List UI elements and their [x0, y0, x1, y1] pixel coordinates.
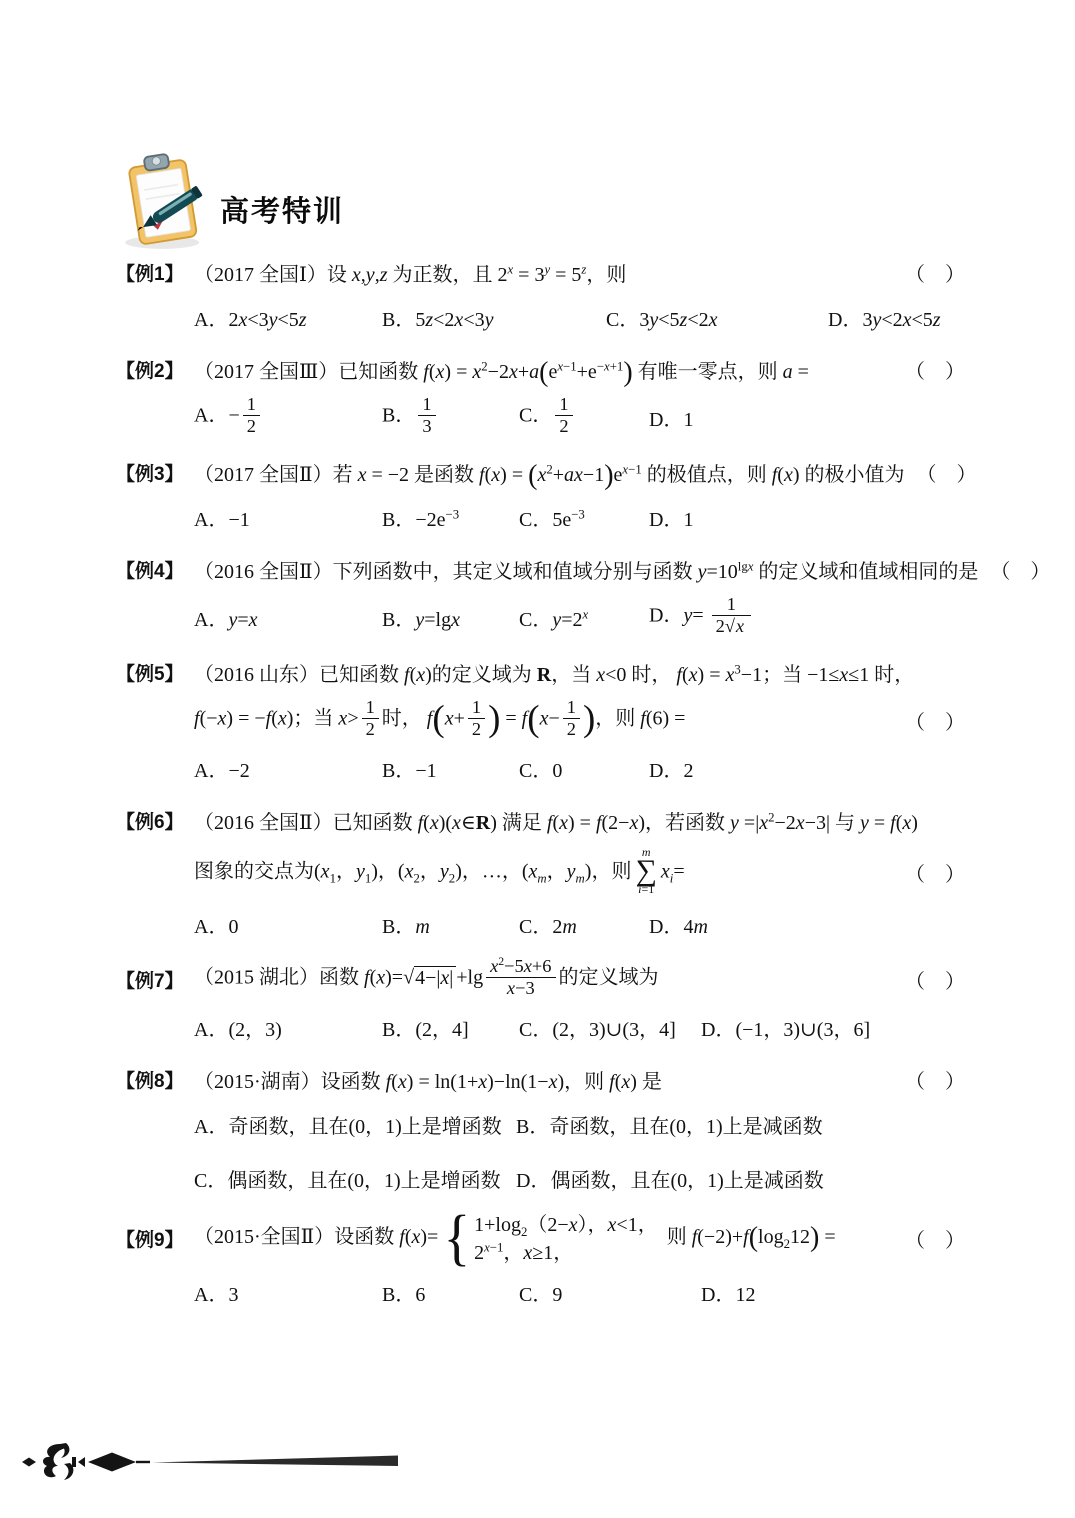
header: 高考特训: [116, 148, 344, 252]
problem-label: 【例4】: [116, 556, 194, 583]
option-a: A．−1: [194, 503, 382, 532]
options-row: A．y=x B．y=lgx C．y=2x D．y= 12√x: [194, 596, 965, 638]
option-d: D．4m: [649, 910, 708, 939]
option-c: C．(2，3)∪(3，4]: [519, 1013, 701, 1042]
problem-4: 【例4】 （2016 全国Ⅱ）下列函数中，其定义域和值域分别与函数 y=10lg…: [116, 551, 965, 638]
option-a: A．−12: [194, 396, 382, 438]
problem-1: 【例1】 （2017 全国Ⅰ）设 x,y,z 为正数，且 2x = 3y = 5…: [116, 254, 965, 335]
problem-label: 【例8】: [116, 1066, 194, 1093]
problem-label: 【例5】: [116, 659, 194, 686]
option-a: A．−2: [194, 754, 382, 783]
problem-stem: （2017 全国Ⅰ）设 x,y,z 为正数，且 2x = 3y = 5z，则: [194, 258, 626, 287]
option-b: B．−2e−3: [382, 503, 519, 532]
clipboard-pen-icon: [116, 148, 212, 252]
option-b: B．(2，4]: [382, 1013, 519, 1042]
answer-bracket: （ ）: [893, 1224, 965, 1253]
answer-bracket: （ ）: [893, 1065, 965, 1094]
answer-bracket: （ ）: [893, 355, 965, 384]
answer-bracket: （ ）: [893, 858, 965, 887]
problem-7: 【例7】 （2015 湖北）函数 f(x)=√4−|x|+lgx2−5x+6x−…: [116, 958, 965, 1045]
options-row: A．(2，3) B．(2，4] C．(2，3)∪(3，4] D．(−1，3)∪(…: [194, 1009, 965, 1045]
problem-label: 【例6】: [116, 807, 194, 834]
option-c: C．2m: [519, 910, 649, 939]
options-row: A．−1 B．−2e−3 C．5e−3 D．1: [194, 499, 965, 535]
problem-6: 【例6】 （2016 全国Ⅱ）已知函数 f(x)(x∈R) 满足 f(x) = …: [116, 803, 965, 943]
option-c: C．9: [519, 1278, 701, 1307]
option-a: A．y=x: [194, 603, 382, 632]
worksheet-page: 高考特训 【例1】 （2017 全国Ⅰ）设 x,y,z 为正数，且 2x = 3…: [0, 0, 1075, 1518]
problem-stem: （2016 山东）已知函数 f(x)的定义域为 R，当 x<0 时， f(x) …: [194, 658, 914, 687]
option-c: C．12: [519, 396, 649, 438]
problem-stem: （2016 全国Ⅱ）下列函数中，其定义域和值域分别与函数 y=10lgx 的定义…: [194, 555, 978, 584]
problem-stem-line2: 图象的交点为(x1，y1)，(x2，y2)，…，(xm，ym)，则m∑i=1xi…: [194, 848, 685, 898]
options-row: A．2x<3y<5z B．5z<2x<3y C．3y<5z<2x D．3y<2x…: [194, 299, 965, 335]
option-a: A．0: [194, 910, 382, 939]
option-b: B．13: [382, 396, 519, 438]
option-c: C．y=2x: [519, 603, 649, 632]
problem-3: 【例3】 （2017 全国Ⅱ）若 x = −2 是函数 f(x) = (x2+a…: [116, 454, 965, 535]
option-a: A．2x<3y<5z: [194, 303, 382, 332]
problem-stem: （2017 全国Ⅲ）已知函数 f(x) = x2−2x+a(ex−1+e−x+1…: [194, 355, 809, 384]
option-c: C．0: [519, 754, 649, 783]
options-row: A．0 B．m C．2m D．4m: [194, 906, 965, 942]
problem-label: 【例2】: [116, 356, 194, 383]
option-a: A．奇函数，且在(0，1)上是增函数: [194, 1110, 516, 1139]
option-b: B．5z<2x<3y: [382, 303, 606, 332]
problem-stem: （2015 湖北）函数 f(x)=√4−|x|+lgx2−5x+6x−3的定义域…: [194, 958, 659, 1000]
option-c: C．5e−3: [519, 503, 649, 532]
problem-label: 【例3】: [116, 459, 194, 486]
problem-8: 【例8】 （2015·湖南）设函数 f(x) = ln(1+x)−ln(1−x)…: [116, 1061, 965, 1196]
option-c: C．3y<5z<2x: [606, 303, 828, 332]
option-d: D．(−1，3)∪(3，6]: [701, 1013, 870, 1042]
problem-label: 【例9】: [116, 1225, 194, 1252]
answer-bracket: （ ）: [978, 555, 1050, 584]
option-a: A．(2，3): [194, 1013, 382, 1042]
answer-bracket: （ ）: [893, 706, 965, 735]
option-d: D．1: [649, 503, 693, 532]
problem-stem-line2: f(−x) = −f(x)；当 x>12时， f(x+12) = f(x−12)…: [194, 699, 685, 741]
problem-stem: （2015·全国Ⅱ）设函数 f(x)={1+log2（2−x），x<1，2x−1…: [194, 1212, 836, 1265]
problem-label: 【例7】: [116, 966, 194, 993]
option-d: D．y= 12√x: [649, 596, 754, 638]
option-d: D．3y<2x<5z: [828, 303, 941, 332]
option-b: B．−1: [382, 754, 519, 783]
answer-bracket: （ ）: [893, 965, 965, 994]
problem-stem: （2016 全国Ⅱ）已知函数 f(x)(x∈R) 满足 f(x) = f(2−x…: [194, 806, 918, 835]
problem-9: 【例9】 （2015·全国Ⅱ）设函数 f(x)={1+log2（2−x），x<1…: [116, 1212, 965, 1310]
option-d: D．偶函数，且在(0，1)上是减函数: [516, 1164, 824, 1193]
options-row: A．−2 B．−1 C．0 D．2: [194, 751, 965, 787]
option-a: A．3: [194, 1278, 382, 1307]
option-d: D．1: [649, 403, 693, 432]
option-c: C．偶函数，且在(0，1)上是增函数: [194, 1164, 516, 1193]
problem-2: 【例2】 （2017 全国Ⅲ）已知函数 f(x) = x2−2x+a(ex−1+…: [116, 351, 965, 438]
page-title: 高考特训: [220, 189, 344, 230]
problem-stem: （2015·湖南）设函数 f(x) = ln(1+x)−ln(1−x)，则 f(…: [194, 1065, 662, 1094]
options-row: A．3 B．6 C．9 D．12: [194, 1274, 965, 1310]
options-row: A．奇函数，且在(0，1)上是增函数 B．奇函数，且在(0，1)上是减函数: [194, 1106, 965, 1142]
answer-bracket: （ ）: [905, 458, 977, 487]
option-b: B．奇函数，且在(0，1)上是减函数: [516, 1110, 823, 1139]
problem-stem: （2017 全国Ⅱ）若 x = −2 是函数 f(x) = (x2+ax−1)e…: [194, 458, 905, 487]
answer-bracket: （ ）: [893, 258, 965, 287]
problem-label: 【例1】: [116, 259, 194, 286]
option-b: B．m: [382, 910, 519, 939]
option-d: D．12: [701, 1278, 755, 1307]
options-row: A．−12 B．13 C．12 D．1: [194, 396, 965, 438]
footer-ornament-icon: [20, 1440, 412, 1484]
problem-5: 【例5】 （2016 山东）已知函数 f(x)的定义域为 R，当 x<0 时， …: [116, 654, 965, 786]
options-row: C．偶函数，且在(0，1)上是增函数 D．偶函数，且在(0，1)上是减函数: [194, 1160, 965, 1196]
option-b: B．y=lgx: [382, 603, 519, 632]
problem-list: 【例1】 （2017 全国Ⅰ）设 x,y,z 为正数，且 2x = 3y = 5…: [116, 254, 965, 1326]
option-b: B．6: [382, 1278, 519, 1307]
option-d: D．2: [649, 754, 693, 783]
